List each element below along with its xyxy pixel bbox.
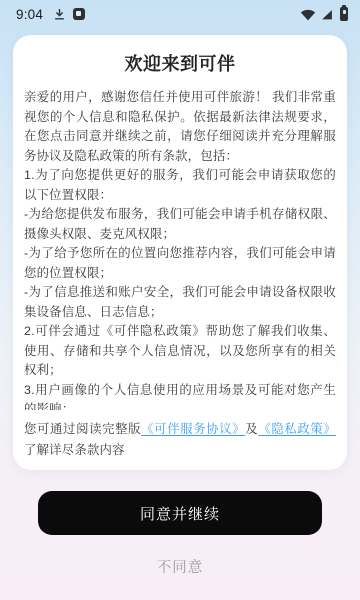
cellular-signal-icon	[320, 8, 334, 21]
screenshot-icon	[73, 8, 85, 20]
footnote-suffix: 了解详尽条款内容	[24, 443, 125, 457]
status-time: 9:04	[16, 7, 43, 22]
status-bar: 9:04	[0, 0, 360, 28]
agree-and-continue-button[interactable]: 同意并继续	[38, 491, 322, 535]
dialog-title: 欢迎来到可伴	[13, 50, 347, 76]
footnote-conjunction: 及	[245, 422, 258, 436]
privacy-consent-dialog: 欢迎来到可伴 亲爱的用户，感谢您信任并使用可伴旅游！ 我们非常重视您的个人信息和…	[13, 35, 347, 470]
footnote: 您可通过阅读完整版《可伴服务协议》及《隐私政策》了解详尽条款内容	[24, 419, 336, 461]
policy-paragraph: 3.用户画像的个人信息使用的应用场景及可能对您产生的影响；	[24, 381, 336, 411]
battery-icon	[340, 7, 348, 21]
disagree-button[interactable]: 不同意	[0, 555, 360, 577]
service-agreement-link[interactable]: 《可伴服务协议》	[141, 422, 245, 436]
policy-paragraph: -为了给予您所在的位置向您推荐内容，我们可能会申请您的位置权限；	[24, 244, 336, 283]
wifi-icon	[300, 8, 316, 21]
consent-screen: 9:04 欢迎来到可伴	[0, 0, 360, 600]
policy-paragraph: -为了信息推送和账户安全，我们可能会申请设备权限收集设备信息、日志信息；	[24, 283, 336, 322]
footnote-prefix: 您可通过阅读完整版	[24, 422, 141, 436]
download-icon	[53, 8, 66, 21]
policy-paragraph: 2.可伴会通过《可伴隐私政策》帮助您了解我们收集、使用、存储和共享个人信息情况，…	[24, 322, 336, 381]
policy-paragraph: 亲爱的用户，感谢您信任并使用可伴旅游！ 我们非常重视您的个人信息和隐私保护。依据…	[24, 88, 336, 166]
policy-text-scroll-area[interactable]: 亲爱的用户，感谢您信任并使用可伴旅游！ 我们非常重视您的个人信息和隐私保护。依据…	[24, 88, 336, 410]
policy-paragraph: -为给您提供发布服务，我们可能会申请手机存储权限、摄像头权限、麦克风权限；	[24, 205, 336, 244]
privacy-policy-link[interactable]: 《隐私政策》	[258, 422, 336, 436]
policy-paragraph: 1.为了向您提供更好的服务，我们可能会申请获取您的以下位置权限：	[24, 166, 336, 205]
